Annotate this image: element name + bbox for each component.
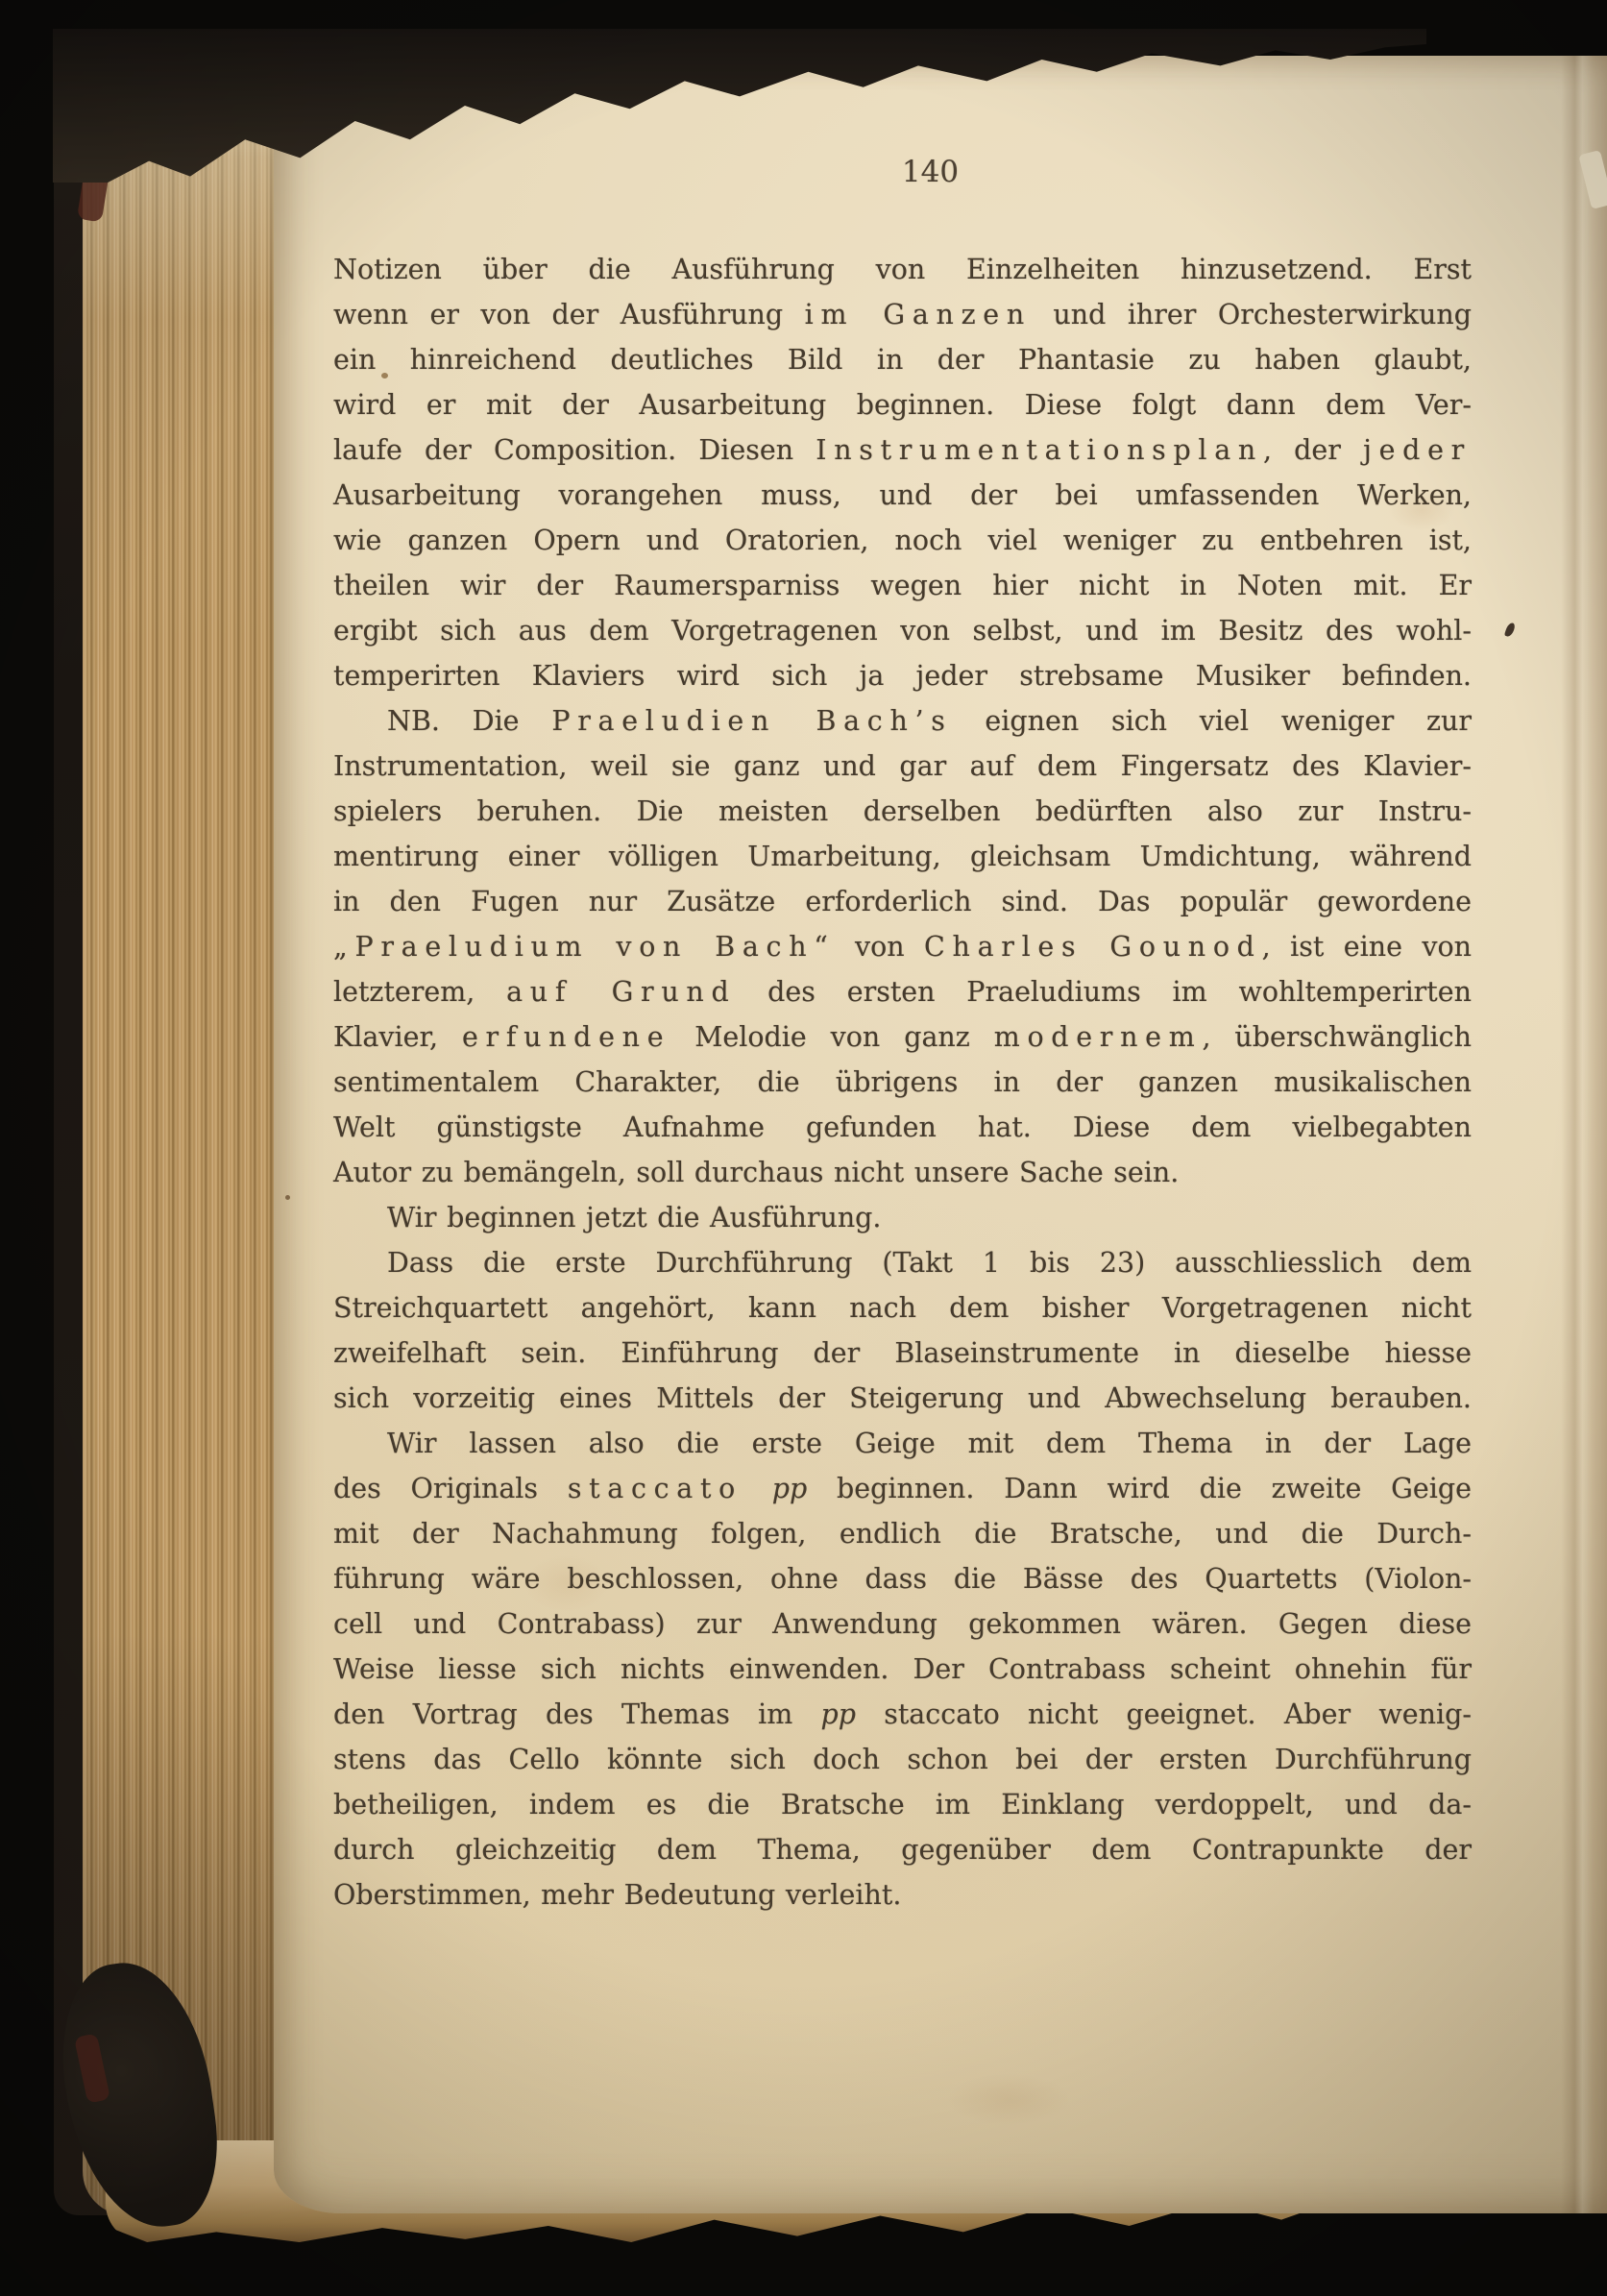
text-line: sentimentalem Charakter, die übrigens in…	[333, 1060, 1472, 1105]
page-number: 140	[333, 152, 1472, 192]
foxing-stain	[946, 2073, 1071, 2126]
text-line: wird er mit der Ausarbeitung beginnen. D…	[333, 382, 1472, 427]
text-line: zweifelhaft sein. Einführung der Blasein…	[333, 1331, 1472, 1376]
text-segment: im Ganzen	[805, 299, 1032, 330]
text-line: mit der Nachahmung folgen, endlich die B…	[333, 1511, 1472, 1556]
text-line: letzterem, auf Grund des ersten Praeludi…	[333, 969, 1472, 1014]
text-segment: auf Grund	[506, 976, 736, 1008]
text-line: cell und Contrabass) zur Anwendung gekom…	[333, 1601, 1472, 1647]
text-segment: von	[836, 931, 924, 963]
paper-speck	[285, 1195, 290, 1200]
text-segment: eignen sich viel weniger zur	[953, 705, 1472, 737]
text-line: ein hinreichend deutliches Bild in der P…	[333, 337, 1472, 382]
text-segment: sich vorzeitig eines Mittels der Steiger…	[333, 1382, 1472, 1414]
text-line: theilen wir der Raumersparniss wegen hie…	[333, 563, 1472, 608]
page-text: Notizen über die Ausführung von Einzelhe…	[333, 247, 1472, 1917]
page-edges-stack	[83, 133, 286, 2215]
text-segment: beginnen. Dann wird die zweite Geige	[807, 1473, 1472, 1504]
text-line: Wir beginnen jetzt die Ausführung.	[333, 1195, 1472, 1240]
text-line: temperirten Klaviers wird sich ja jeder …	[333, 653, 1472, 698]
text-segment: Notizen über die Ausführung von Einzelhe…	[333, 254, 1472, 285]
text-segment: temperirten Klaviers wird sich ja jeder …	[333, 660, 1472, 692]
text-segment: Oberstimmen, mehr Bedeutung verleiht.	[333, 1879, 901, 1911]
text-line: betheiligen, indem es die Bratsche im Ei…	[333, 1782, 1472, 1827]
text-segment: sentimentalem Charakter, die übrigens in…	[333, 1066, 1472, 1098]
text-segment: Streichquartett angehört, kann nach dem …	[333, 1292, 1472, 1324]
text-line: sich vorzeitig eines Mittels der Steiger…	[333, 1376, 1472, 1421]
text-segment: Wir lassen also die erste Geige mit dem …	[387, 1428, 1472, 1459]
text-segment: jeder	[1363, 434, 1472, 466]
text-segment: Autor zu bemängeln, soll durchaus nicht …	[333, 1157, 1179, 1188]
text-segment: Wir beginnen jetzt die Ausführung.	[387, 1202, 881, 1233]
text-segment: in den Fugen nur Zusätze erforderlich si…	[333, 886, 1472, 917]
text-segment: , ist eine von	[1262, 931, 1472, 963]
text-segment: durch gleichzeitig dem Thema, gegenüber …	[333, 1834, 1472, 1866]
text-segment: staccato nicht geeignet. Aber wenig-	[856, 1698, 1472, 1730]
text-segment: Melodie von ganz	[670, 1021, 993, 1053]
text-segment: des ersten Praeludiums im wohltemperirte…	[736, 976, 1472, 1008]
text-line: Oberstimmen, mehr Bedeutung verleiht.	[333, 1872, 1472, 1917]
text-segment: pp	[820, 1698, 856, 1730]
text-segment: laufe der Composition. Diesen	[333, 434, 816, 466]
text-segment: betheiligen, indem es die Bratsche im Ei…	[333, 1789, 1472, 1820]
text-segment: zweifelhaft sein. Einführung der Blasein…	[333, 1337, 1472, 1369]
text-line: Dass die erste Durchführung (Takt 1 bis …	[333, 1240, 1472, 1285]
text-segment: und ihrer Orchesterwirkung	[1032, 299, 1472, 330]
gutter-shadow	[1570, 56, 1607, 2213]
text-segment: „Praeludium von Bach“	[333, 931, 836, 963]
text-segment: erfundene	[462, 1021, 670, 1053]
text-segment: letzterem,	[333, 976, 506, 1008]
text-segment: NB. Die	[387, 705, 551, 737]
text-line: Streichquartett angehört, kann nach dem …	[333, 1285, 1472, 1331]
text-segment: wird er mit der Ausarbeitung beginnen. D…	[333, 389, 1472, 421]
text-segment: mentirung einer völligen Umarbeitung, gl…	[333, 841, 1472, 872]
text-segment: Charles Gounod	[924, 931, 1262, 963]
text-segment: ein hinreichend deutliches Bild in der P…	[333, 344, 1472, 376]
text-segment: wie ganzen Opern und Oratorien, noch vie…	[333, 525, 1472, 556]
text-line: Welt günstigste Aufnahme gefunden hat. D…	[333, 1105, 1472, 1150]
text-line: mentirung einer völligen Umarbeitung, gl…	[333, 834, 1472, 879]
text-segment: mit der Nachahmung folgen, endlich die B…	[333, 1518, 1472, 1550]
text-line: wenn er von der Ausführung im Ganzen und…	[333, 292, 1472, 337]
text-segment: cell und Contrabass) zur Anwendung gekom…	[333, 1608, 1472, 1640]
text-line: Instrumentation, weil sie ganz und gar a…	[333, 744, 1472, 789]
text-segment: Ausarbeitung vorangehen muss, und der be…	[333, 479, 1472, 511]
text-line: stens das Cello könnte sich doch schon b…	[333, 1737, 1472, 1782]
text-segment: theilen wir der Raumersparniss wegen hie…	[333, 570, 1472, 601]
text-segment: den Vortrag des Themas im	[333, 1698, 820, 1730]
text-segment: spielers beruhen. Die meisten derselben …	[333, 795, 1472, 827]
book-page: 140 Notizen über die Ausführung von Einz…	[274, 56, 1607, 2213]
text-line: spielers beruhen. Die meisten derselben …	[333, 789, 1472, 834]
text-segment: Weise liesse sich nichts einwenden. Der …	[333, 1653, 1472, 1685]
text-line: des Originals staccato pp beginnen. Dann…	[333, 1466, 1472, 1511]
text-line: den Vortrag des Themas im pp staccato ni…	[333, 1692, 1472, 1737]
text-line: wie ganzen Opern und Oratorien, noch vie…	[333, 518, 1472, 563]
text-line: Wir lassen also die erste Geige mit dem …	[333, 1421, 1472, 1466]
text-line: durch gleichzeitig dem Thema, gegenüber …	[333, 1827, 1472, 1872]
text-segment: stens das Cello könnte sich doch schon b…	[333, 1744, 1472, 1775]
text-segment: Instrumentationsplan	[816, 434, 1263, 466]
text-line: in den Fugen nur Zusätze erforderlich si…	[333, 879, 1472, 924]
ink-mark	[1504, 622, 1516, 638]
text-line: Weise liesse sich nichts einwenden. Der …	[333, 1647, 1472, 1692]
text-segment: des Originals	[333, 1473, 568, 1504]
text-segment: Welt günstigste Aufnahme gefunden hat. D…	[333, 1111, 1472, 1143]
text-line: laufe der Composition. Diesen Instrument…	[333, 427, 1472, 473]
text-line: Notizen über die Ausführung von Einzelhe…	[333, 247, 1472, 292]
text-line: Klavier, erfundene Melodie von ganz mode…	[333, 1014, 1472, 1060]
text-segment	[743, 1473, 772, 1504]
text-segment: pp	[772, 1473, 808, 1504]
text-segment: , der	[1263, 434, 1363, 466]
text-segment: , überschwänglich	[1202, 1021, 1472, 1053]
text-segment: Klavier,	[333, 1021, 462, 1053]
text-segment: modernem	[994, 1021, 1203, 1053]
text-segment: ergibt sich aus dem Vorgetragenen von se…	[333, 615, 1472, 647]
text-line: „Praeludium von Bach“ von Charles Gounod…	[333, 924, 1472, 969]
text-segment: staccato	[568, 1473, 743, 1504]
text-line: Ausarbeitung vorangehen muss, und der be…	[333, 473, 1472, 518]
text-segment: Praeludien Bach’s	[551, 705, 952, 737]
text-segment: wenn er von der Ausführung	[333, 299, 805, 330]
text-segment: führung wäre beschlossen, ohne dass die …	[333, 1563, 1472, 1595]
text-line: NB. Die Praeludien Bach’s eignen sich vi…	[333, 698, 1472, 744]
text-line: Autor zu bemängeln, soll durchaus nicht …	[333, 1150, 1472, 1195]
text-segment: Dass die erste Durchführung (Takt 1 bis …	[387, 1247, 1472, 1279]
text-segment: Instrumentation, weil sie ganz und gar a…	[333, 750, 1472, 782]
text-line: führung wäre beschlossen, ohne dass die …	[333, 1556, 1472, 1601]
book-scan-photo: 140 Notizen über die Ausführung von Einz…	[0, 0, 1607, 2296]
text-line: ergibt sich aus dem Vorgetragenen von se…	[333, 608, 1472, 653]
